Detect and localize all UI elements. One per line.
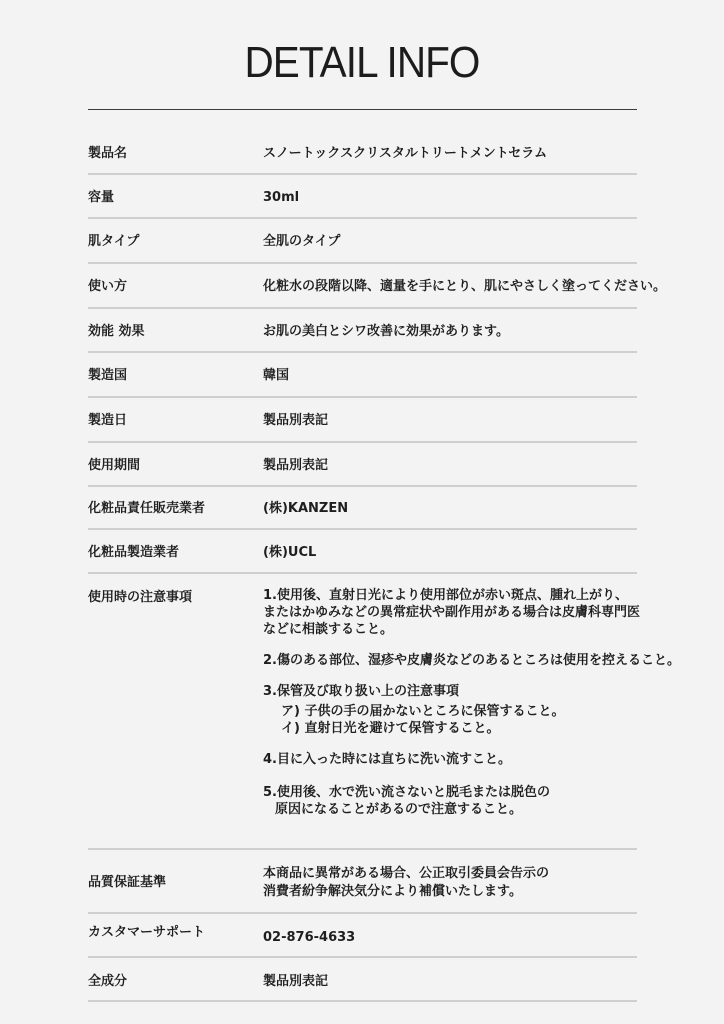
precaution-item: 5.使用後、水で洗い流さないと脱毛または脱色の 原因になることがあるので注意する…: [263, 784, 680, 818]
row-value: 化粧水の段階以降、適量を手にとり、肌にやさしく塗ってください。: [263, 278, 666, 295]
row-label: 品質保証基準: [88, 874, 166, 891]
row-label: 製造国: [88, 367, 127, 384]
precaution-line: 原因になることがあるので注意すること。: [263, 801, 680, 818]
row-value: 製品別表記: [263, 412, 328, 429]
row-label: 容量: [88, 189, 114, 206]
row-label: 化粧品責任販売業者: [88, 500, 205, 517]
precautions-list: 1.使用後、直射日光により使用部位が赤い斑点、腫れ上がり、 またはかゆみなどの異…: [263, 587, 680, 832]
precaution-line: などに相談すること。: [263, 621, 680, 638]
precaution-line: 5.使用後、水で洗い流さないと脱毛または脱色の: [263, 784, 680, 801]
row-value-line: 本商品に異常がある場合、公正取引委員会告示の: [263, 865, 549, 882]
info-row-effect: 効能 効果 お肌の美白とシワ改善に効果があります。: [88, 309, 637, 353]
precaution-line: 1.使用後、直射日光により使用部位が赤い斑点、腫れ上がり、: [263, 587, 680, 604]
row-label: 使用時の注意事項: [88, 589, 192, 606]
support-phone: 02-876-4633: [263, 929, 355, 946]
precaution-item: 1.使用後、直射日光により使用部位が赤い斑点、腫れ上がり、 またはかゆみなどの異…: [263, 587, 680, 638]
row-value: 韓国: [263, 367, 289, 384]
info-row-product-name: 製品名 スノートックスクリスタルトリートメントセラム: [88, 110, 637, 175]
row-label: 製造日: [88, 412, 127, 429]
info-row-skin-type: 肌タイプ 全肌のタイプ: [88, 219, 637, 264]
info-row-volume: 容量 30ml: [88, 175, 637, 219]
precaution-line: 2.傷のある部位、湿疹や皮膚炎などのあるところは使用を控えること。: [263, 652, 680, 669]
info-row-distributor: 化粧品責任販売業者 (株)KANZEN: [88, 487, 637, 530]
row-value: 製品別表記: [263, 973, 328, 990]
info-row-usage-period: 使用期間 製品別表記: [88, 443, 637, 487]
row-value: 全肌のタイプ: [263, 233, 340, 250]
page-title: DETAIL INFO: [29, 38, 695, 88]
row-label: 肌タイプ: [88, 233, 139, 250]
info-row-ingredients: 全成分 製品別表記: [88, 958, 637, 1002]
info-row-manufacturer: 化粧品製造業者 (株)UCL: [88, 530, 637, 574]
info-row-precautions: 使用時の注意事項 1.使用後、直射日光により使用部位が赤い斑点、腫れ上がり、 ま…: [88, 574, 637, 850]
row-label: 全成分: [88, 973, 127, 990]
row-value: 製品別表記: [263, 457, 328, 474]
row-value: (株)KANZEN: [263, 500, 348, 517]
precaution-line: 3.保管及び取り扱い上の注意事項: [263, 683, 680, 700]
info-row-manufacture-date: 製造日 製品別表記: [88, 398, 637, 443]
row-label: 使い方: [88, 278, 127, 295]
row-label: 製品名: [88, 145, 127, 162]
row-value: お肌の美白とシワ改善に効果があります。: [263, 323, 509, 340]
precaution-item: 2.傷のある部位、湿疹や皮膚炎などのあるところは使用を控えること。: [263, 652, 680, 669]
row-label: 化粧品製造業者: [88, 544, 179, 561]
row-label: 使用期間: [88, 457, 140, 474]
precaution-item: 3.保管及び取り扱い上の注意事項 ア) 子供の手の届かないところに保管すること。…: [263, 683, 680, 737]
row-value: (株)UCL: [263, 544, 316, 561]
row-label: 効能 効果: [88, 323, 145, 340]
row-value: スノートックスクリスタルトリートメントセラム: [263, 145, 547, 162]
row-label: カスタマーサポート: [88, 924, 205, 941]
precaution-line: またはかゆみなどの異常症状や副作用がある場合は皮膚科専門医: [263, 604, 680, 621]
info-row-usage: 使い方 化粧水の段階以降、適量を手にとり、肌にやさしく塗ってください。: [88, 264, 637, 309]
info-row-customer-support: カスタマーサポート 02-876-4633: [88, 914, 637, 958]
row-value-line: 消費者紛争解決気分により補償いたします。: [263, 883, 522, 900]
precaution-item: 4.目に入った時には直ちに洗い流すこと。: [263, 751, 680, 768]
info-row-country: 製造国 韓国: [88, 353, 637, 398]
precaution-subitem: イ) 直射日光を避けて保管すること。: [263, 720, 680, 737]
precaution-subitem: ア) 子供の手の届かないところに保管すること。: [263, 703, 680, 720]
info-row-quality-guarantee: 品質保証基準 本商品に異常がある場合、公正取引委員会告示の 消費者紛争解決気分に…: [88, 850, 637, 914]
row-value: 30ml: [263, 189, 299, 206]
precaution-line: 4.目に入った時には直ちに洗い流すこと。: [263, 751, 680, 768]
